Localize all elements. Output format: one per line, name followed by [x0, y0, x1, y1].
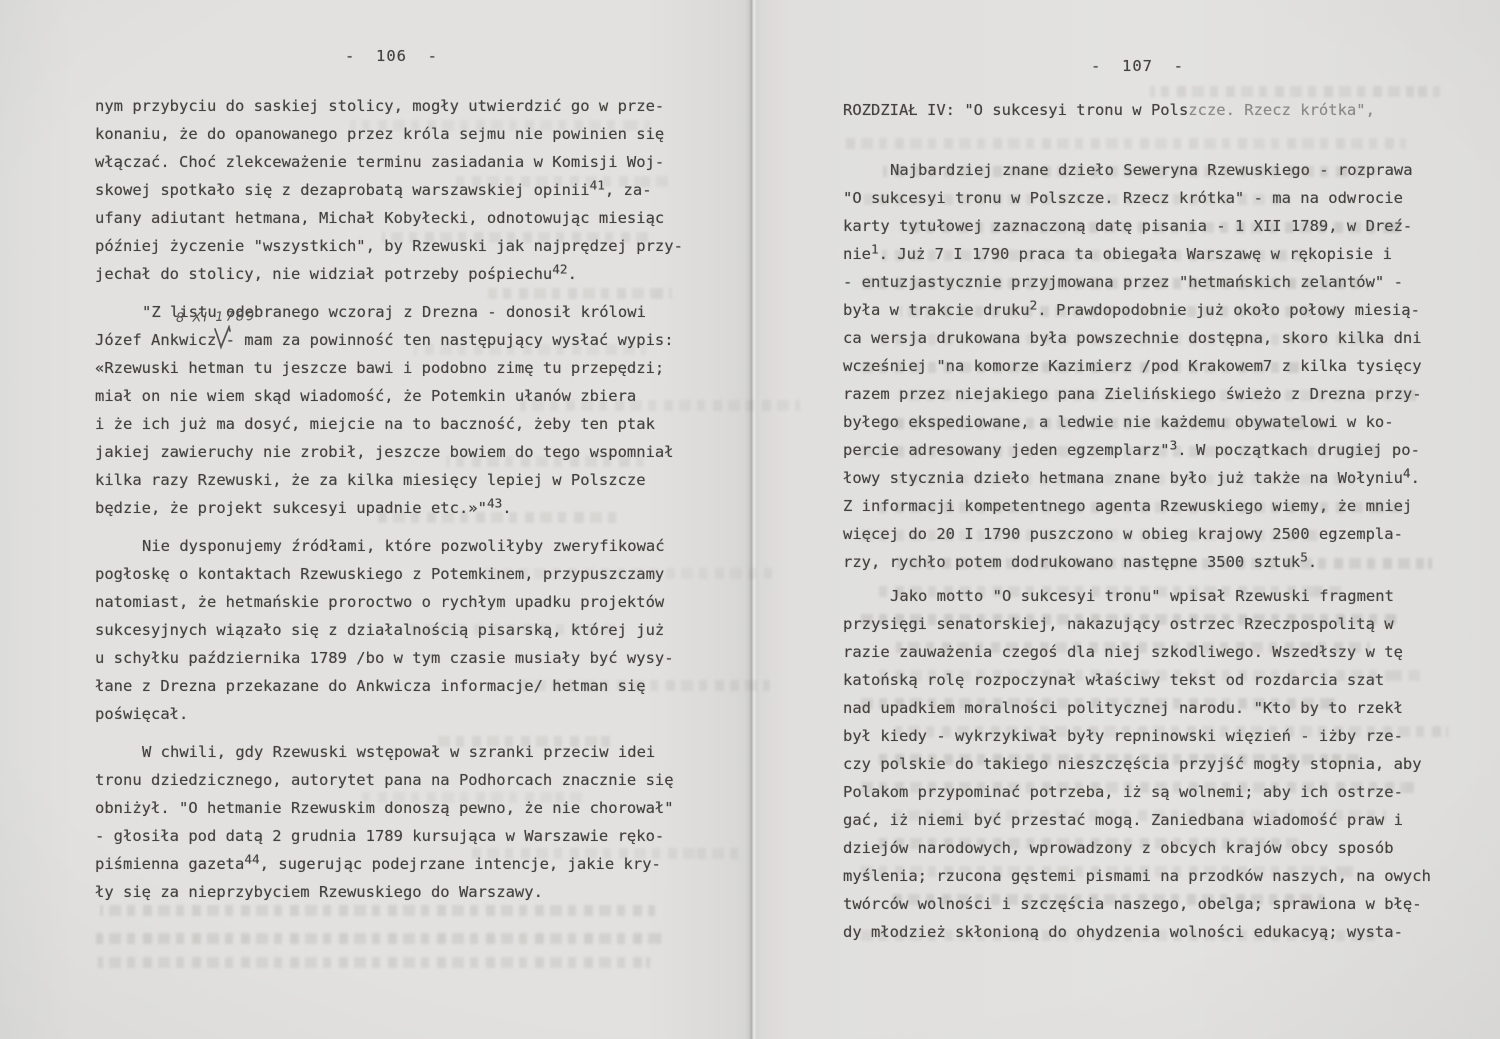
bleedthrough-ghost-line	[878, 586, 1346, 597]
text-line: poświęcał.	[95, 700, 695, 728]
text-line: jechał do stolicy, nie widział potrzeby …	[95, 260, 695, 288]
bleedthrough-ghost-line	[862, 362, 1306, 373]
footnote-reference: 43	[487, 495, 502, 510]
bleedthrough-ghost-line	[879, 502, 1408, 513]
text-line: «Rzewuski hetman tu jeszcze bawi i podob…	[95, 354, 695, 382]
bleedthrough-ghost-line	[876, 754, 1362, 765]
insertion-caret-mark	[213, 325, 233, 351]
bleedthrough-ghost-line	[372, 512, 618, 523]
bleedthrough-ghost-line	[436, 736, 614, 747]
bleedthrough-ghost-line	[895, 726, 1448, 737]
bleedthrough-ghost-line	[858, 698, 1338, 709]
bleedthrough-ghost-line	[404, 624, 616, 635]
chapter-heading: ROZDZIAŁ IV: "O sukcesyi tronu w Polszcz…	[843, 96, 1453, 124]
bleedthrough-ghost-line	[857, 782, 1416, 793]
bleedthrough-ghost-line	[478, 568, 772, 579]
bleedthrough-ghost-line	[882, 250, 1314, 261]
text-line: u schyłku października 1789 /bo w tym cz…	[95, 644, 695, 672]
bleedthrough-ghost-line	[861, 446, 1384, 457]
text-line: i że ich już ma dosyć, miejcie na to bac…	[95, 410, 695, 438]
bleedthrough-ghost-line	[860, 530, 1322, 541]
page-number-right: - 107 -	[1091, 57, 1184, 75]
bleedthrough-ghost-line	[846, 138, 1406, 149]
bleedthrough-ghost-line	[1150, 86, 1440, 97]
bleedthrough-ghost-line	[362, 792, 588, 803]
bleedthrough-ghost-line	[877, 670, 1424, 681]
bleedthrough-ghost-line	[382, 232, 648, 243]
bleedthrough-ghost-line	[880, 418, 1330, 429]
bleedthrough-ghost-line	[863, 278, 1368, 289]
bleedthrough-ghost-line	[897, 558, 1432, 569]
bleedthrough-ghost-line	[875, 838, 1300, 849]
bleedthrough-ghost-line	[520, 400, 800, 411]
text-line: - głosiła pod datą 2 grudnia 1789 kursuj…	[95, 822, 695, 850]
bleedthrough-ghost-line	[883, 166, 1376, 177]
bleedthrough-ghost-line	[881, 334, 1392, 345]
bleedthrough-ghost-line	[898, 474, 1354, 485]
text-line: nym przybyciu do saskiej stolicy, mogły …	[95, 92, 695, 120]
bleedthrough-ghost-line	[414, 344, 646, 355]
bleedthrough-ghost-line	[859, 614, 1400, 625]
bleedthrough-ghost-line	[96, 933, 661, 944]
chapter-heading-main: ROZDZIAŁ IV: "O sukcesyi tronu w Pols	[843, 101, 1188, 119]
text-line: natomiast, że hetmańskie proroctwo o ryc…	[95, 588, 695, 616]
bleedthrough-ghost-line	[893, 894, 1324, 905]
bleedthrough-ghost-line	[510, 680, 770, 691]
bleedthrough-ghost-line	[98, 957, 650, 968]
bleedthrough-ghost-line	[488, 288, 672, 299]
footnote-reference: 42	[552, 261, 567, 276]
footnote-reference: 4	[1403, 465, 1411, 480]
bleedthrough-ghost-line	[468, 848, 742, 859]
bleedthrough-ghost-line	[899, 390, 1416, 401]
bleedthrough-ghost-line	[100, 905, 655, 916]
handwritten-date-annotation: 8 XI 1789	[176, 309, 257, 326]
bleedthrough-ghost-line	[901, 222, 1400, 233]
bleedthrough-ghost-line	[864, 194, 1290, 205]
bleedthrough-ghost-line	[896, 642, 1370, 653]
bleedthrough-ghost-line	[856, 866, 1354, 877]
text-line: ły się za nieprzybyciem Rzewuskiego do W…	[95, 878, 695, 906]
bleedthrough-ghost-line	[894, 810, 1386, 821]
scanned-book-spread: - 106 - nym przybyciu do saskiej stolicy…	[0, 0, 1500, 1039]
page-number-left: - 106 -	[345, 47, 438, 65]
text-line: Nie dysponujemy źródłami, które pozwolił…	[95, 532, 695, 560]
text-line: ufany adiutant hetmana, Michał Kobyłecki…	[95, 204, 695, 232]
right-page: - 107 - ROZDZIAŁ IV: "O sukcesyi tronu w…	[751, 0, 1500, 1039]
bleedthrough-ghost-line	[446, 456, 644, 467]
footnote-reference: 1	[871, 241, 879, 256]
bleedthrough-ghost-line	[860, 930, 1380, 941]
paragraph: W chwili, gdy Rzewuski wstępował w szran…	[95, 738, 695, 906]
chapter-heading-faint-strike: zcze. Rzecz krótka",	[1188, 101, 1375, 119]
right-page-paragraphs: Najbardziej znane dzieło Seweryna Rzewus…	[843, 156, 1453, 946]
text-line: włączać. Choć zlekceważenie terminu zasi…	[95, 148, 695, 176]
bleedthrough-ghost-line	[350, 120, 650, 131]
bleedthrough-ghost-line	[900, 306, 1338, 317]
footnote-reference: 44	[244, 851, 259, 866]
page-fold-shadow	[744, 0, 760, 1039]
text-line: tronu dziedzicznego, autorytet pana na P…	[95, 766, 695, 794]
bleedthrough-ghost-line	[456, 176, 674, 187]
text-line: kilka razy Rzewuski, że za kilka miesięc…	[95, 466, 695, 494]
